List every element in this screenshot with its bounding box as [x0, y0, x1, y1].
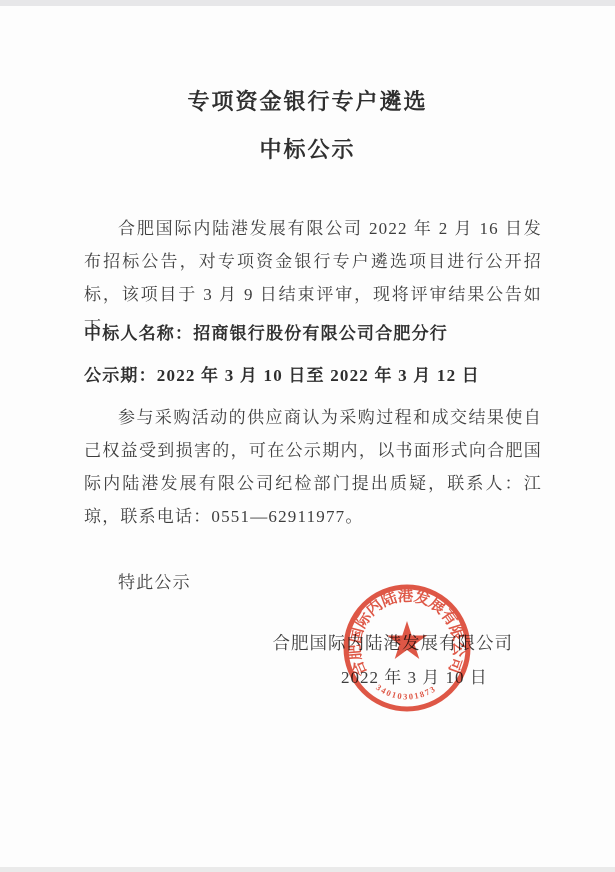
svg-text:34010301873: 34010301873 [374, 682, 436, 701]
line-publicity-period: 公示期：2022 年 3 月 10 日至 2022 年 3 月 12 日 [84, 359, 542, 392]
line-winner-name: 中标人名称：招商银行股份有限公司合肥分行 [84, 317, 542, 350]
document-page: 专项资金银行专户遴选 中标公示 合肥国际内陆港发展有限公司 2022 年 2 月… [0, 0, 615, 872]
paragraph-objection: 参与采购活动的供应商认为采购过程和成交结果使自己权益受到损害的，可在公示期内，以… [84, 401, 542, 533]
scan-edge-top [0, 0, 615, 6]
document-title-line1: 专项资金银行专户遴选 [0, 85, 615, 116]
document-title-line2: 中标公示 [0, 133, 615, 164]
seal-star-icon [387, 621, 427, 659]
official-seal: 合肥国际内陆港发展有限公司 34010301873 [331, 572, 483, 724]
scan-edge-bottom [0, 867, 615, 872]
seal-number-text: 34010301873 [374, 682, 436, 701]
